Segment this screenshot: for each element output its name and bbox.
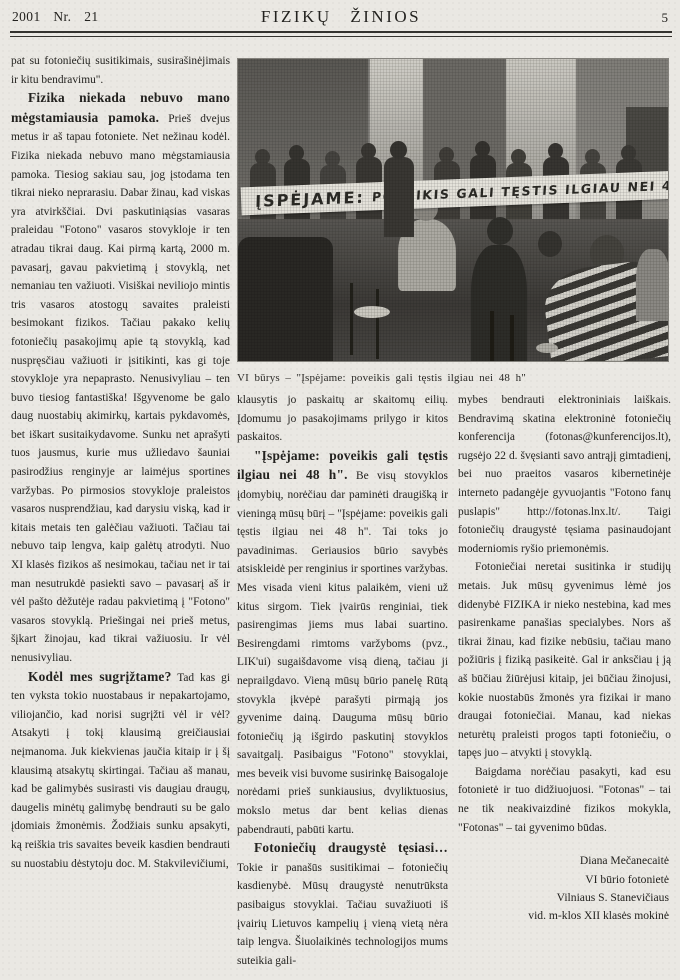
author-signature: Diana Mečanecaitė VI būrio fotonietė Vil…: [458, 852, 671, 926]
paragraph: Fotoniečiai neretai susitinka ir studijų…: [458, 558, 671, 763]
paragraph-text: klausytis jo paskaitų ar skaitomų eilių.…: [237, 394, 448, 443]
page-number: 5: [662, 10, 669, 26]
paragraph: pat su fotoniečių susitikimais, susiraši…: [11, 52, 230, 89]
paragraph-text: Fotoniečiai neretai susitinka ir studijų…: [458, 561, 671, 759]
banner-text-lead: ĮSPĖJAME:: [255, 187, 365, 210]
paragraph: klausytis jo paskaitų ar skaitomų eilių.…: [237, 391, 448, 447]
chair-leg: [510, 315, 514, 361]
chair-leg: [490, 311, 494, 361]
seated-person-head: [538, 231, 562, 257]
floor-highlight: [536, 343, 558, 353]
author-name: Diana Mečanecaitė: [458, 852, 669, 870]
group-photo: ĮSPĖJAME: POVEIKIS GALI TĘSTIS ILGIAU NE…: [237, 58, 669, 362]
paragraph-text: Be visų stovyklos įdomybių, norėčiau dar…: [237, 470, 448, 835]
paragraph: "Įspėjame: poveikis gali tęstis ilgiau n…: [237, 447, 448, 839]
author-role: VI būrio fotonietė: [458, 871, 669, 889]
paragraph: Fizika niekada nebuvo mano mėgstamiausia…: [11, 89, 230, 667]
photo-caption: VI būrys – "Įspėjame: poveikis gali tęst…: [237, 372, 671, 384]
page-header: 2001 Nr. 21 FIZIKŲ ŽINIOS 5: [12, 7, 670, 29]
person-silhouette: [238, 237, 333, 361]
magazine-page: 2001 Nr. 21 FIZIKŲ ŽINIOS 5 pat su foton…: [0, 0, 680, 980]
paragraph: Fotoniečių draugystė tęsiasi… Tokie ir p…: [237, 839, 448, 970]
paragraph-text: Tokie ir panašūs susitikimai – fotonieči…: [237, 862, 448, 967]
seated-person: [471, 245, 527, 361]
paragraph-text: pat su fotoniečių susitikimais, susiraši…: [11, 55, 230, 86]
paragraph: Baigdama norėčiau pasakyti, kad esu foto…: [458, 763, 671, 837]
column-2: klausytis jo paskaitų ar skaitomų eilių.…: [237, 391, 448, 970]
chair-leg: [376, 289, 379, 359]
paragraph-text: Tad kas gi ten vyksta tokio nuostabaus i…: [11, 672, 230, 870]
seated-person: [636, 249, 669, 321]
paragraph-text: Baigdama norėčiau pasakyti, kad esu foto…: [458, 766, 671, 834]
header-divider: [10, 31, 672, 37]
column-1: pat su fotoniečių susitikimais, susiraši…: [11, 52, 230, 978]
paragraph-text: mybes bendrauti elektroniniais laiškais.…: [458, 394, 671, 555]
paragraph: Kodėl mes sugrįžtame? Tad kas gi ten vyk…: [11, 668, 230, 874]
column-3: mybes bendrauti elektroniniais laiškais.…: [458, 391, 671, 970]
table-highlight: [354, 306, 390, 318]
right-region: ĮSPĖJAME: POVEIKIS GALI TĘSTIS ILGIAU NE…: [237, 58, 671, 980]
paragraph: mybes bendrauti elektroniniais laiškais.…: [458, 391, 671, 558]
paragraph-heading: Kodėl mes sugrįžtame?: [28, 669, 171, 684]
banner-text-rest: POVEIKIS GALI TĘSTIS ILGIAU NEI 48: [371, 177, 669, 204]
seated-person-head: [487, 217, 513, 245]
text-columns: klausytis jo paskaitų ar skaitomų eilių.…: [237, 391, 671, 970]
person-silhouette: [384, 157, 414, 237]
paragraph-text: Prieš dvejus metus ir aš tapau fotoniete…: [11, 113, 230, 664]
author-school: Vilniaus S. Stanevičiaus: [458, 889, 669, 907]
journal-title: FIZIKŲ ŽINIOS: [12, 7, 670, 27]
paragraph-heading: Fotoniečių draugystė tęsiasi…: [254, 840, 448, 855]
chair-leg: [350, 283, 353, 355]
author-class: vid. m-klos XII klasės mokinė: [458, 907, 669, 925]
